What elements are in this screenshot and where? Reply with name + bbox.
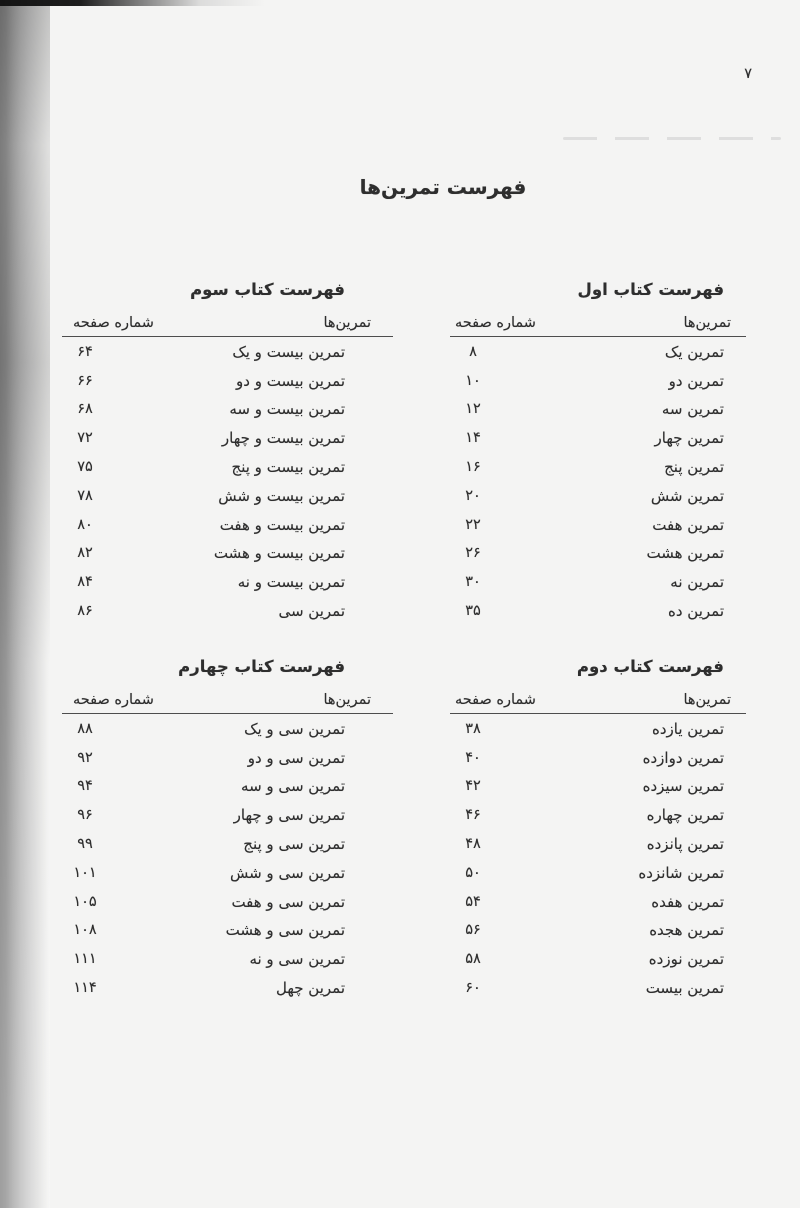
page-value: ۱۰ bbox=[450, 373, 496, 389]
toc-row: تمرین سی و هشت۱۰۸ bbox=[62, 916, 393, 945]
exercise-name: تمرین بیست و هفت bbox=[220, 516, 345, 534]
page-value: ۳۸ bbox=[450, 721, 496, 737]
toc-row: تمرین بیست و دو۶۶ bbox=[62, 366, 393, 395]
page-value: ۴۸ bbox=[450, 836, 496, 852]
page-value: ۱۱۱ bbox=[62, 951, 108, 967]
toc-rows: تمرین یک۸تمرین دو۱۰تمرین سه۱۲تمرین چهار۱… bbox=[450, 337, 746, 625]
page-value: ۵۴ bbox=[450, 894, 496, 910]
toc-row: تمرین سی و هفت۱۰۵ bbox=[62, 887, 393, 916]
page-value: ۹۶ bbox=[62, 807, 108, 823]
exercise-name: تمرین نوزده bbox=[649, 950, 724, 968]
toc-section-book1: فهرست کتاب اول تمرین‌ها شماره صفحه تمرین… bbox=[450, 264, 746, 625]
toc-section-book4: فهرست کتاب چهارم تمرین‌ها شماره صفحه تمر… bbox=[62, 641, 393, 1002]
section-title: فهرست کتاب دوم bbox=[450, 655, 724, 679]
page-value: ۷۵ bbox=[62, 459, 108, 475]
exercise-name: تمرین سی bbox=[278, 602, 345, 620]
page-value: ۴۲ bbox=[450, 778, 496, 794]
toc-rows: تمرین بیست و یک۶۴تمرین بیست و دو۶۶تمرین … bbox=[62, 337, 393, 625]
scan-smudge-mark bbox=[563, 137, 781, 140]
exercise-name: تمرین پانزده bbox=[647, 835, 724, 853]
toc-row: تمرین سی و یک۸۸ bbox=[62, 714, 393, 743]
page-value: ۲۶ bbox=[450, 545, 496, 561]
toc-row: تمرین سی و چهار۹۶ bbox=[62, 801, 393, 830]
page-value: ۱۶ bbox=[450, 459, 496, 475]
toc-row: تمرین شش۲۰ bbox=[450, 481, 746, 510]
page-column-header: شماره صفحه bbox=[455, 315, 536, 331]
exercise-name: تمرین بیست و یک bbox=[232, 343, 345, 361]
exercise-name: تمرین پنج bbox=[664, 458, 724, 476]
page-value: ۹۴ bbox=[62, 778, 108, 794]
toc-row: تمرین ده۳۵ bbox=[450, 597, 746, 626]
exercises-column-header: تمرین‌ها bbox=[683, 692, 731, 708]
page-value: ۲۲ bbox=[450, 517, 496, 533]
exercise-name: تمرین بیست و هشت bbox=[214, 544, 345, 562]
toc-row: تمرین بیست۶۰ bbox=[450, 974, 746, 1003]
exercise-name: تمرین شش bbox=[651, 487, 724, 505]
page-value: ۵۸ bbox=[450, 951, 496, 967]
page-value: ۶۰ bbox=[450, 980, 496, 996]
toc-row: تمرین بیست و سه۶۸ bbox=[62, 395, 393, 424]
section-title: فهرست کتاب سوم bbox=[62, 278, 345, 302]
page-value: ۷۲ bbox=[62, 430, 108, 446]
toc-row: تمرین بیست و شش۷۸ bbox=[62, 481, 393, 510]
toc-row: تمرین بیست و چهار۷۲ bbox=[62, 424, 393, 453]
toc-row: تمرین هجده۵۶ bbox=[450, 916, 746, 945]
toc-row: تمرین سه۱۲ bbox=[450, 395, 746, 424]
toc-row: تمرین بیست و هفت۸۰ bbox=[62, 510, 393, 539]
exercise-name: تمرین دوازده bbox=[643, 749, 724, 767]
page-value: ۱۲ bbox=[450, 401, 496, 417]
page-value: ۳۰ bbox=[450, 574, 496, 590]
toc-row: تمرین بیست و یک۶۴ bbox=[62, 337, 393, 366]
exercise-name: تمرین بیست bbox=[646, 979, 724, 997]
scan-gutter-shadow bbox=[0, 0, 50, 1208]
exercise-name: تمرین هجده bbox=[649, 921, 724, 939]
table-header-row: تمرین‌ها شماره صفحه bbox=[450, 692, 746, 714]
toc-rows: تمرین یازده۳۸تمرین دوازده۴۰تمرین سیزده۴۲… bbox=[450, 714, 746, 1002]
exercise-name: تمرین سی و نه bbox=[249, 950, 345, 968]
toc-row: تمرین شانزده۵۰ bbox=[450, 858, 746, 887]
exercise-name: تمرین شانزده bbox=[638, 864, 724, 882]
scan-top-edge bbox=[0, 0, 265, 6]
page-value: ۶۶ bbox=[62, 373, 108, 389]
exercises-column-header: تمرین‌ها bbox=[323, 315, 371, 331]
page-value: ۸۸ bbox=[62, 721, 108, 737]
exercise-name: تمرین سی و هفت bbox=[231, 893, 345, 911]
toc-row: تمرین پنج۱۶ bbox=[450, 453, 746, 482]
page-value: ۹۲ bbox=[62, 750, 108, 766]
page-value: ۸۴ bbox=[62, 574, 108, 590]
toc-row: تمرین سی و نه۱۱۱ bbox=[62, 945, 393, 974]
toc-row: تمرین پانزده۴۸ bbox=[450, 830, 746, 859]
toc-row: تمرین سی و دو۹۲ bbox=[62, 743, 393, 772]
page-value: ۱۰۵ bbox=[62, 894, 108, 910]
toc-row: تمرین سیزده۴۲ bbox=[450, 772, 746, 801]
exercise-name: تمرین یازده bbox=[652, 720, 724, 738]
exercise-name: تمرین دو bbox=[669, 372, 724, 390]
toc-rows: تمرین سی و یک۸۸تمرین سی و دو۹۲تمرین سی و… bbox=[62, 714, 393, 1002]
toc-section-book2: فهرست کتاب دوم تمرین‌ها شماره صفحه تمرین… bbox=[450, 641, 746, 1002]
page-value: ۴۶ bbox=[450, 807, 496, 823]
exercise-name: تمرین سی و سه bbox=[241, 777, 345, 795]
page-number: ۷ bbox=[744, 66, 752, 82]
page-value: ۱۰۱ bbox=[62, 865, 108, 881]
toc-row: تمرین چهاره۴۶ bbox=[450, 801, 746, 830]
toc-row: تمرین سی و شش۱۰۱ bbox=[62, 858, 393, 887]
exercises-column-header: تمرین‌ها bbox=[683, 315, 731, 331]
exercise-name: تمرین چهار bbox=[655, 429, 725, 447]
exercise-name: تمرین بیست و شش bbox=[218, 487, 345, 505]
toc-row: تمرین چهل۱۱۴ bbox=[62, 974, 393, 1003]
exercise-name: تمرین بیست و دو bbox=[236, 372, 345, 390]
exercise-name: تمرین هفت bbox=[652, 516, 724, 534]
exercise-name: تمرین بیست و سه bbox=[229, 400, 345, 418]
exercise-name: تمرین چهل bbox=[276, 979, 345, 997]
page-value: ۴۰ bbox=[450, 750, 496, 766]
toc-row: تمرین هفت۲۲ bbox=[450, 510, 746, 539]
page-value: ۱۴ bbox=[450, 430, 496, 446]
exercise-name: تمرین سیزده bbox=[643, 777, 724, 795]
exercise-name: تمرین بیست و چهار bbox=[222, 429, 345, 447]
toc-row: تمرین هشت۲۶ bbox=[450, 539, 746, 568]
exercise-name: تمرین سی و هشت bbox=[226, 921, 345, 939]
page-value: ۸۰ bbox=[62, 517, 108, 533]
exercise-name: تمرین نه bbox=[670, 573, 724, 591]
toc-row: تمرین دو۱۰ bbox=[450, 366, 746, 395]
exercise-name: تمرین بیست و نه bbox=[238, 573, 345, 591]
page-value: ۸۲ bbox=[62, 545, 108, 561]
document-title: فهرست تمرین‌ها bbox=[313, 175, 573, 199]
exercises-column-header: تمرین‌ها bbox=[323, 692, 371, 708]
scanned-book-page: { "page": { "number": "۷", "title": "فهر… bbox=[0, 0, 800, 1208]
section-title: فهرست کتاب اول bbox=[450, 278, 724, 302]
toc-row: تمرین بیست و نه۸۴ bbox=[62, 568, 393, 597]
exercise-name: تمرین هشت bbox=[646, 544, 724, 562]
toc-row: تمرین یازده۳۸ bbox=[450, 714, 746, 743]
exercise-name: تمرین هفده bbox=[651, 893, 724, 911]
page-column-header: شماره صفحه bbox=[73, 315, 154, 331]
table-header-row: تمرین‌ها شماره صفحه bbox=[62, 315, 393, 337]
toc-row: تمرین نه۳۰ bbox=[450, 568, 746, 597]
toc-row: تمرین سی و سه۹۴ bbox=[62, 772, 393, 801]
table-header-row: تمرین‌ها شماره صفحه bbox=[62, 692, 393, 714]
toc-row: تمرین سی۸۶ bbox=[62, 597, 393, 626]
page-column-header: شماره صفحه bbox=[455, 692, 536, 708]
exercise-name: تمرین سی و چهار bbox=[234, 806, 345, 824]
toc-row: تمرین نوزده۵۸ bbox=[450, 945, 746, 974]
exercise-name: تمرین سی و پنج bbox=[243, 835, 345, 853]
page-value: ۲۰ bbox=[450, 488, 496, 504]
exercise-name: تمرین سی و دو bbox=[248, 749, 345, 767]
page-column-header: شماره صفحه bbox=[73, 692, 154, 708]
page-value: ۳۵ bbox=[450, 603, 496, 619]
page-value: ۶۸ bbox=[62, 401, 108, 417]
toc-row: تمرین هفده۵۴ bbox=[450, 887, 746, 916]
toc-row: تمرین دوازده۴۰ bbox=[450, 743, 746, 772]
page-value: ۶۴ bbox=[62, 344, 108, 360]
page-value: ۵۰ bbox=[450, 865, 496, 881]
toc-section-book3: فهرست کتاب سوم تمرین‌ها شماره صفحه تمرین… bbox=[62, 264, 393, 625]
exercise-name: تمرین چهاره bbox=[647, 806, 724, 824]
section-title: فهرست کتاب چهارم bbox=[62, 655, 345, 679]
exercise-name: تمرین سی و یک bbox=[244, 720, 345, 738]
exercise-name: تمرین سی و شش bbox=[230, 864, 345, 882]
exercise-name: تمرین سه bbox=[662, 400, 724, 418]
exercise-name: تمرین ده bbox=[668, 602, 724, 620]
page-value: ۱۱۴ bbox=[62, 980, 108, 996]
toc-row: تمرین بیست و هشت۸۲ bbox=[62, 539, 393, 568]
page-value: ۹۹ bbox=[62, 836, 108, 852]
exercise-name: تمرین بیست و پنج bbox=[232, 458, 345, 476]
table-header-row: تمرین‌ها شماره صفحه bbox=[450, 315, 746, 337]
toc-row: تمرین بیست و پنج۷۵ bbox=[62, 453, 393, 482]
toc-row: تمرین سی و پنج۹۹ bbox=[62, 830, 393, 859]
page-value: ۸ bbox=[450, 344, 496, 360]
toc-row: تمرین یک۸ bbox=[450, 337, 746, 366]
page-value: ۵۶ bbox=[450, 922, 496, 938]
page-value: ۷۸ bbox=[62, 488, 108, 504]
exercise-name: تمرین یک bbox=[665, 343, 724, 361]
toc-row: تمرین چهار۱۴ bbox=[450, 424, 746, 453]
page-value: ۸۶ bbox=[62, 603, 108, 619]
page-value: ۱۰۸ bbox=[62, 922, 108, 938]
